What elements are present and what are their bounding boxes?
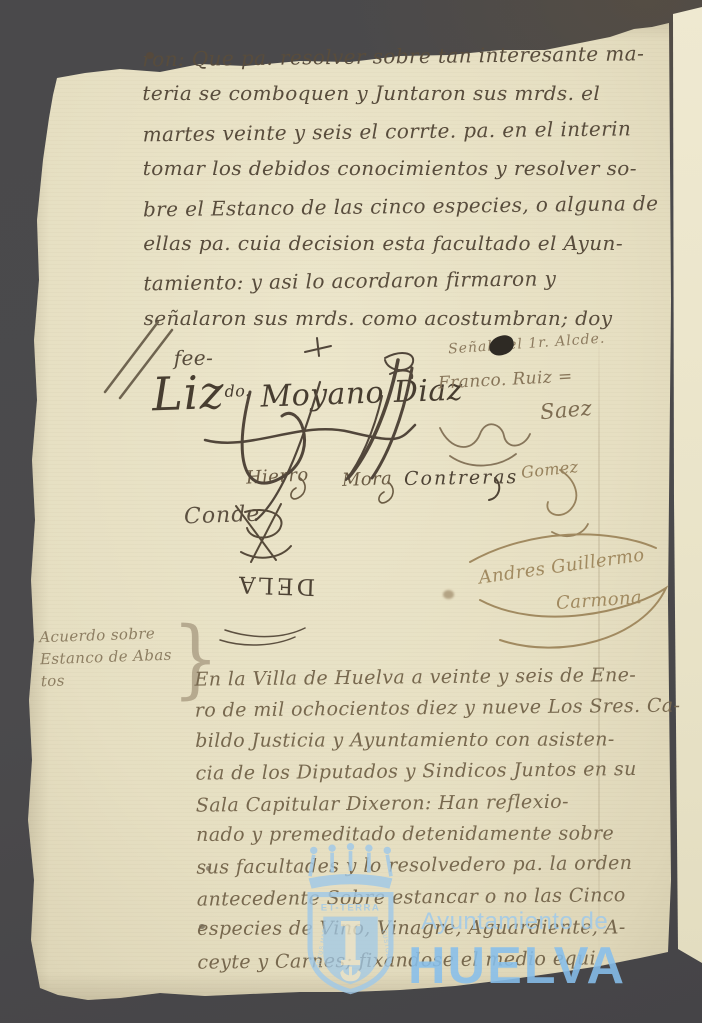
crown-prongs	[310, 851, 391, 876]
crown-band	[309, 874, 393, 889]
ink-dot	[146, 52, 154, 59]
huelva-crest-watermark: ET-TERRA PORTUS MARIS CUSTODIA	[288, 822, 413, 1020]
text-line: sus facultades y lo resolvedero pa. la o…	[196, 848, 696, 885]
text-line: bre el Estanco de las cinco especies, o …	[143, 184, 691, 228]
text-line: bildo Justicia y Ayuntamiento con asiste…	[195, 724, 695, 757]
margin-note-line: tos	[40, 666, 173, 693]
text-line: ron: Que pa. resolver sobre tan interesa…	[142, 35, 690, 79]
text-line: En la Villa de Huelva a veinte y seis de…	[194, 659, 694, 696]
inverted-word: DELA	[236, 571, 316, 600]
text-line: Sala Capitular Dixeron: Han reflexio-	[196, 785, 696, 822]
text-line: ellas pa. cuia decision esta facultado e…	[143, 225, 691, 262]
signature-hierro: Hierro	[245, 464, 309, 488]
signature-conde: Conde	[184, 502, 261, 530]
motto-et-terra: ET-TERRA	[321, 903, 381, 914]
signature-contreras: Contreras	[404, 466, 519, 490]
upper-paragraph: ron: Que pa. resolver sobre tan interesa…	[142, 37, 692, 377]
signature-mora: Mora	[342, 468, 393, 491]
text-line: tomar los debidos conocimientos y resolv…	[143, 150, 691, 187]
signature-saez: Saez	[539, 396, 593, 424]
margin-note: Acuerdo sobre Estanco de Abas tos	[39, 622, 173, 693]
text-line: señalaron sus mrds. como acostumbran; do…	[144, 300, 692, 337]
text-line: teria se comboquen y Juntaron sus mrds. …	[142, 75, 690, 112]
text-line: martes veinte y seis el corrte. pa. en e…	[142, 109, 690, 153]
signature-liz: Liz	[151, 365, 225, 421]
margin-note-line: Estanco de Abas	[40, 644, 173, 671]
text-line: ro de mil ochocientos diez y nueve Los S…	[195, 691, 695, 728]
signature-moyano-diaz: Lizdo. Moyano Diaz	[151, 357, 463, 422]
ink-smudge	[443, 590, 454, 599]
text-line: nado y premeditado detenidamente sobre	[196, 818, 696, 851]
manuscript-scan: ron: Que pa. resolver sobre tan interesa…	[0, 0, 702, 1023]
signature-liz-superscript: do.	[224, 381, 251, 401]
signature-moyano-name: Moyano Diaz	[250, 373, 463, 415]
watermark-ayuntamiento-text: Ayuntamiento de	[421, 908, 608, 936]
text-line: cia de los Diputados y Sindicos Juntos e…	[195, 754, 695, 791]
text-line: tamiento: y asi lo acordaron firmaron y	[143, 259, 691, 303]
watermark-huelva-text: HUELVA	[408, 936, 626, 996]
